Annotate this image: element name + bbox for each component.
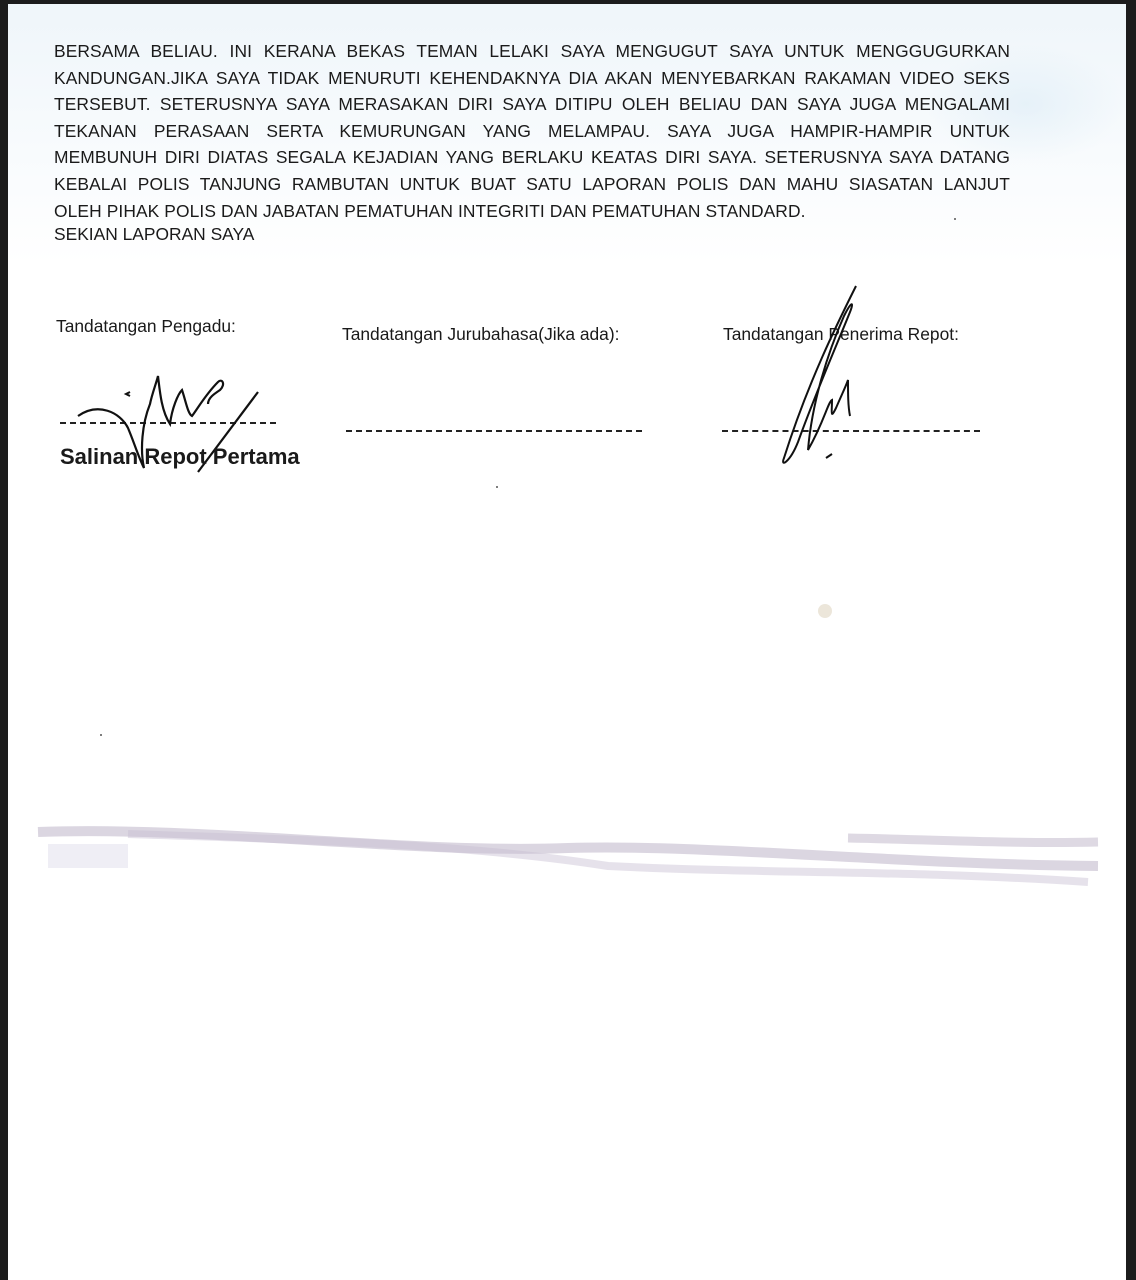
body-line: BERSAMA BELIAU. INI KERANA BEKAS TEMAN L… [54,38,1010,65]
paper-speck [818,604,832,618]
body-line: MEMBUNUH DIRI DIATAS SEGALA KEJADIAN YAN… [54,144,1010,171]
paper-crease [8,814,1126,904]
copy-label: Salinan Repot Pertama [60,444,300,470]
paper-dot [100,734,102,736]
body-line: KANDUNGAN.JIKA SAYA TIDAK MENURUTI KEHEN… [54,65,1010,92]
interpreter-signature-label: Tandatangan Jurubahasa(Jika ada): [342,324,619,345]
closing-text: SEKIAN LAPORAN SAYA [54,221,254,247]
body-line: TERSEBUT. SETERUSNYA SAYA MERASAKAN DIRI… [54,91,1010,118]
body-line: TEKANAN PERASAAN SERTA KEMURUNGAN YANG M… [54,118,1010,145]
paper-dot [954,218,956,220]
report-body: BERSAMA BELIAU. INI KERANA BEKAS TEMAN L… [54,38,1010,224]
complainant-signature-label: Tandatangan Pengadu: [56,316,236,337]
receiver-signature-mark [768,282,888,472]
interpreter-signature-line [346,430,642,432]
document-page: BERSAMA BELIAU. INI KERANA BEKAS TEMAN L… [8,4,1126,1280]
paper-dot [496,486,498,488]
body-line: KEBALAI POLIS TANJUNG RAMBUTAN UNTUK BUA… [54,171,1010,198]
